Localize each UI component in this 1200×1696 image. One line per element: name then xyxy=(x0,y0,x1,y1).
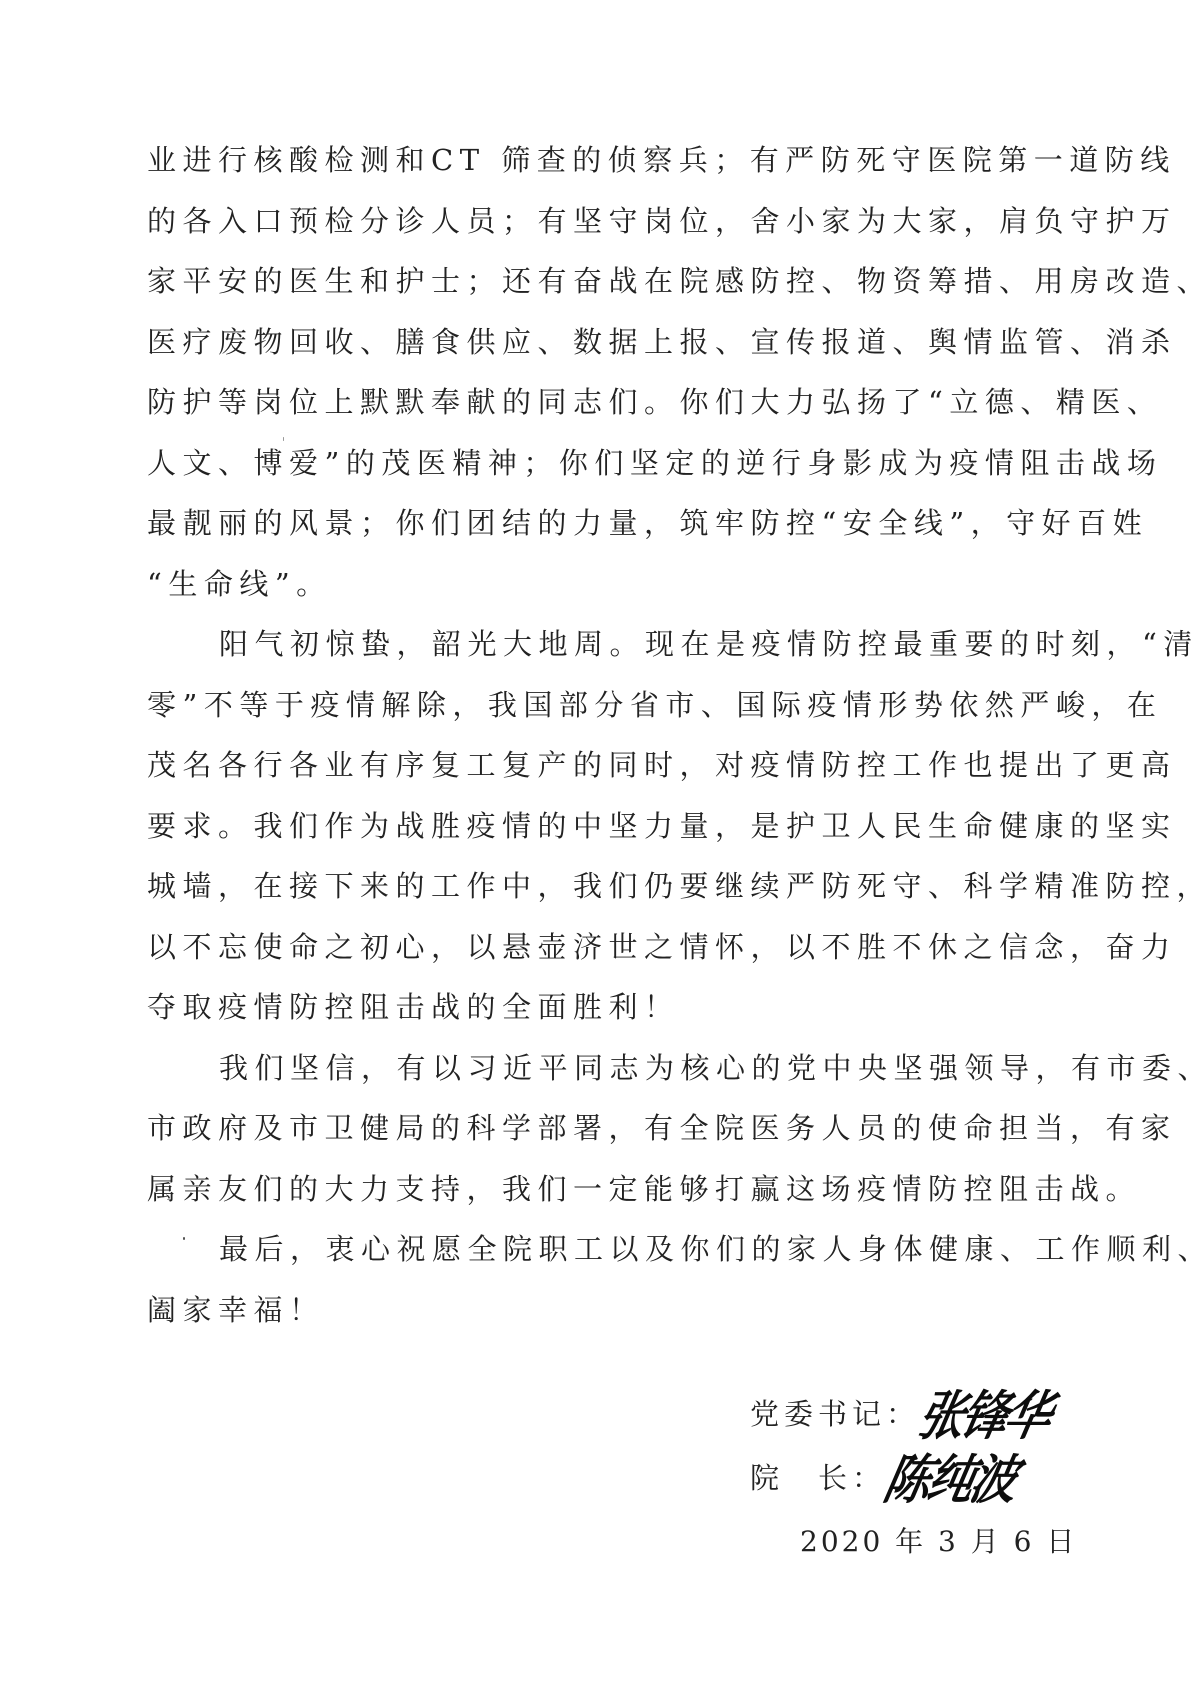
text-line-10: 零”不等于疫情解除，我国部分省市、国际疫情形势依然严峻，在 xyxy=(147,675,1087,736)
text-line-15: 夺取疫情防控阻击战的全面胜利！ xyxy=(147,977,1087,1038)
text-line-5: 防护等岗位上默默奉献的同志们。你们大力弘扬了“立德、精医、 xyxy=(147,372,1087,433)
text-line-12: 要求。我们作为战胜疫情的中坚力量，是护卫人民生命健康的坚实 xyxy=(147,796,1087,857)
text-line-1: 业进行核酸检测和CT 筛查的侦察兵；有严防死守医院第一道防线 xyxy=(147,130,1087,191)
paragraph-start-line-19: 最后，衷心祝愿全院职工以及你们的家人身体健康、工作顺利、 xyxy=(147,1219,1087,1280)
text-line-3: 家平安的医生和护士；还有奋战在院感防控、物资筹措、用房改造、 xyxy=(147,251,1087,312)
text-line-4: 医疗废物回收、膳食供应、数据上报、宣传报道、舆情监管、消杀 xyxy=(147,312,1087,373)
secretary-signature-row: 党委书记： 张锋华 xyxy=(750,1380,1130,1444)
letter-date: 2020 年 3 月 6 日 xyxy=(800,1520,1077,1560)
text-line-8: “生命线”。 xyxy=(147,554,1087,615)
text-line-20: 阖家幸福！ xyxy=(147,1280,1087,1341)
president-signature-row: 院 长： 陈纯波 xyxy=(750,1444,1130,1508)
president-handwritten-signature: 陈纯波 xyxy=(878,1438,1023,1514)
president-label: 院 长： xyxy=(750,1456,886,1497)
scan-speck xyxy=(183,1237,185,1240)
text-line-2: 的各入口预检分诊人员；有坚守岗位，舍小家为大家，肩负守护万 xyxy=(147,191,1087,252)
text-line-11: 茂名各行各业有序复工复产的同时，对疫情防控工作也提出了更高 xyxy=(147,735,1087,796)
text-line-6: 人文、博爱”的茂医精神；你们坚定的逆行身影成为疫情阻击战场 xyxy=(147,433,1087,494)
letter-page: 业进行核酸检测和CT 筛查的侦察兵；有严防死守医院第一道防线 的各入口预检分诊人… xyxy=(0,0,1200,1696)
signature-block: 党委书记： 张锋华 院 长： 陈纯波 xyxy=(750,1380,1130,1508)
secretary-label: 党委书记： xyxy=(750,1392,920,1433)
paragraph-start-line-16: 我们坚信，有以习近平同志为核心的党中央坚强领导，有市委、 xyxy=(147,1038,1087,1099)
paragraph-start-line-9: 阳气初惊蛰，韶光大地周。现在是疫情防控最重要的时刻，“清 xyxy=(147,614,1087,675)
text-line-17: 市政府及市卫健局的科学部署，有全院医务人员的使命担当，有家 xyxy=(147,1098,1087,1159)
text-line-7: 最靓丽的风景；你们团结的力量，筑牢防控“安全线”，守好百姓 xyxy=(147,493,1087,554)
text-line-18: 属亲友们的大力支持，我们一定能够打赢这场疫情防控阻击战。 xyxy=(147,1159,1087,1220)
scan-speck xyxy=(283,437,284,441)
letter-body: 业进行核酸检测和CT 筛查的侦察兵；有严防死守医院第一道防线 的各入口预检分诊人… xyxy=(147,130,1087,1340)
text-line-14: 以不忘使命之初心，以悬壶济世之情怀，以不胜不休之信念，奋力 xyxy=(147,917,1087,978)
text-line-13: 城墙，在接下来的工作中，我们仍要继续严防死守、科学精准防控， xyxy=(147,856,1087,917)
